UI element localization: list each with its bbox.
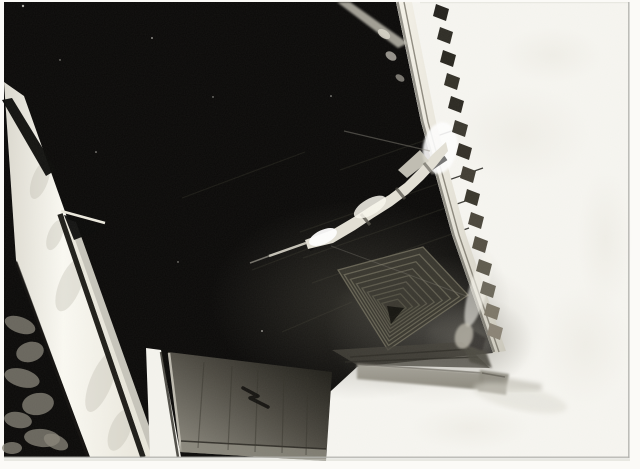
print-bottom-edge	[4, 457, 630, 459]
print-right-edge	[628, 2, 630, 458]
photo-canvas	[0, 0, 640, 469]
scanned-photograph	[0, 0, 640, 469]
print-bottom-shadow	[4, 459, 630, 462]
print-top-edge	[420, 2, 629, 3]
film-grain	[4, 2, 629, 457]
